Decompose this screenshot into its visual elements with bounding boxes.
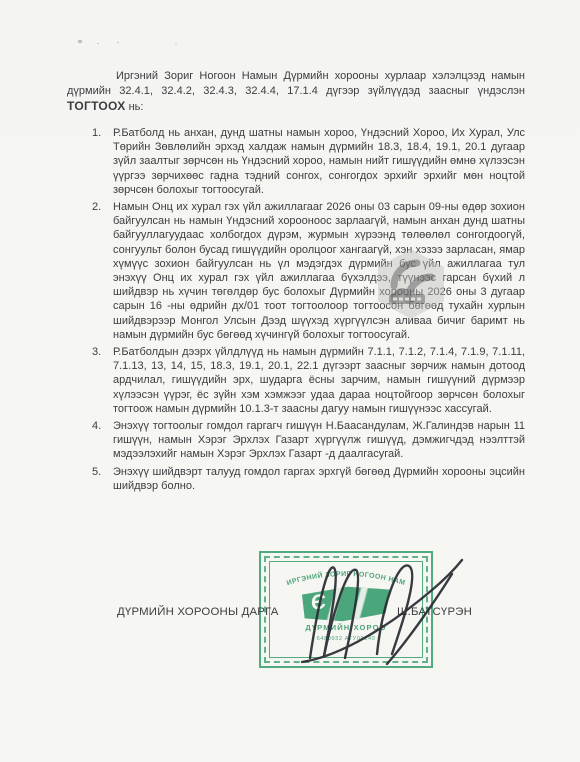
resolution-list: 1. Р.Батболд нь анхан, дунд шатны намын … bbox=[67, 126, 525, 493]
item-text: Р.Батболдын дээрх үйлдлүүд нь намын дүрм… bbox=[113, 345, 525, 416]
resolution-item-3: 3. Р.Батболдын дээрх үйлдлүүд нь намын д… bbox=[92, 345, 525, 416]
flag-glyph: Є bbox=[311, 589, 326, 617]
signatory-name: Ш.БАТСҮРЭН bbox=[397, 606, 472, 618]
resolution-item-1: 1. Р.Батболд нь анхан, дунд шатны намын … bbox=[92, 126, 525, 197]
item-number: 5. bbox=[92, 465, 113, 493]
resolution-item-5: 5. Энэхүү шийдвэрт талууд гомдол гаргах … bbox=[92, 465, 525, 493]
item-text: Р.Батболд нь анхан, дунд шатны намын хор… bbox=[113, 126, 525, 197]
scan-artifact bbox=[78, 40, 82, 43]
item-text: Энэхүү шийдвэрт талууд гомдол гаргах эрх… bbox=[113, 465, 525, 493]
item-number: 4. bbox=[92, 419, 113, 462]
svg-text:ИРГЭНИЙ ЗОРИГ НОГООН НАМ: ИРГЭНИЙ ЗОРИГ НОГООН НАМ bbox=[286, 570, 406, 587]
resolve-keyword: ТОГТООХ bbox=[67, 99, 126, 113]
resolution-item-4: 4. Энэхүү тогтоолыг гомдол гаргагч гишүү… bbox=[92, 419, 525, 462]
stamp-arc-text: ИРГЭНИЙ ЗОРИГ НОГООН НАМ bbox=[279, 564, 413, 588]
item-text: Энэхүү тогтоолыг гомдол гаргагч гишүүн Н… bbox=[113, 419, 525, 462]
stamp-committee-name: ДҮРМИЙН ХОРОО bbox=[305, 623, 386, 632]
signatory-title: ДҮРМИЙН ХОРООНЫ ДАРГА bbox=[117, 606, 279, 618]
intro-text: Иргэний Зориг Ногоон Намын Дүрмийн хороо… bbox=[67, 70, 525, 97]
party-flag-logo: Є bbox=[302, 586, 390, 622]
stamp-serial-number: 6480932 АТУ09140 bbox=[317, 636, 376, 642]
item-number: 2. bbox=[92, 200, 113, 342]
item-number: 3. bbox=[92, 345, 113, 416]
item-text: Намын Онц их хурал гэх үйл ажиллагааг 20… bbox=[113, 200, 525, 342]
document-body: Иргэний Зориг Ногоон Намын Дүрмийн хороо… bbox=[67, 58, 525, 496]
item-number: 1. bbox=[92, 126, 113, 197]
resolution-item-2: 2. Намын Онц их хурал гэх үйл ажиллагааг… bbox=[92, 200, 525, 342]
scanned-document-page: Иргэний Зориг Ногоон Намын Дүрмийн хороо… bbox=[0, 0, 580, 762]
intro-paragraph: Иргэний Зориг Ногоон Намын Дүрмийн хороо… bbox=[67, 69, 525, 115]
intro-tail: нь: bbox=[126, 101, 144, 113]
